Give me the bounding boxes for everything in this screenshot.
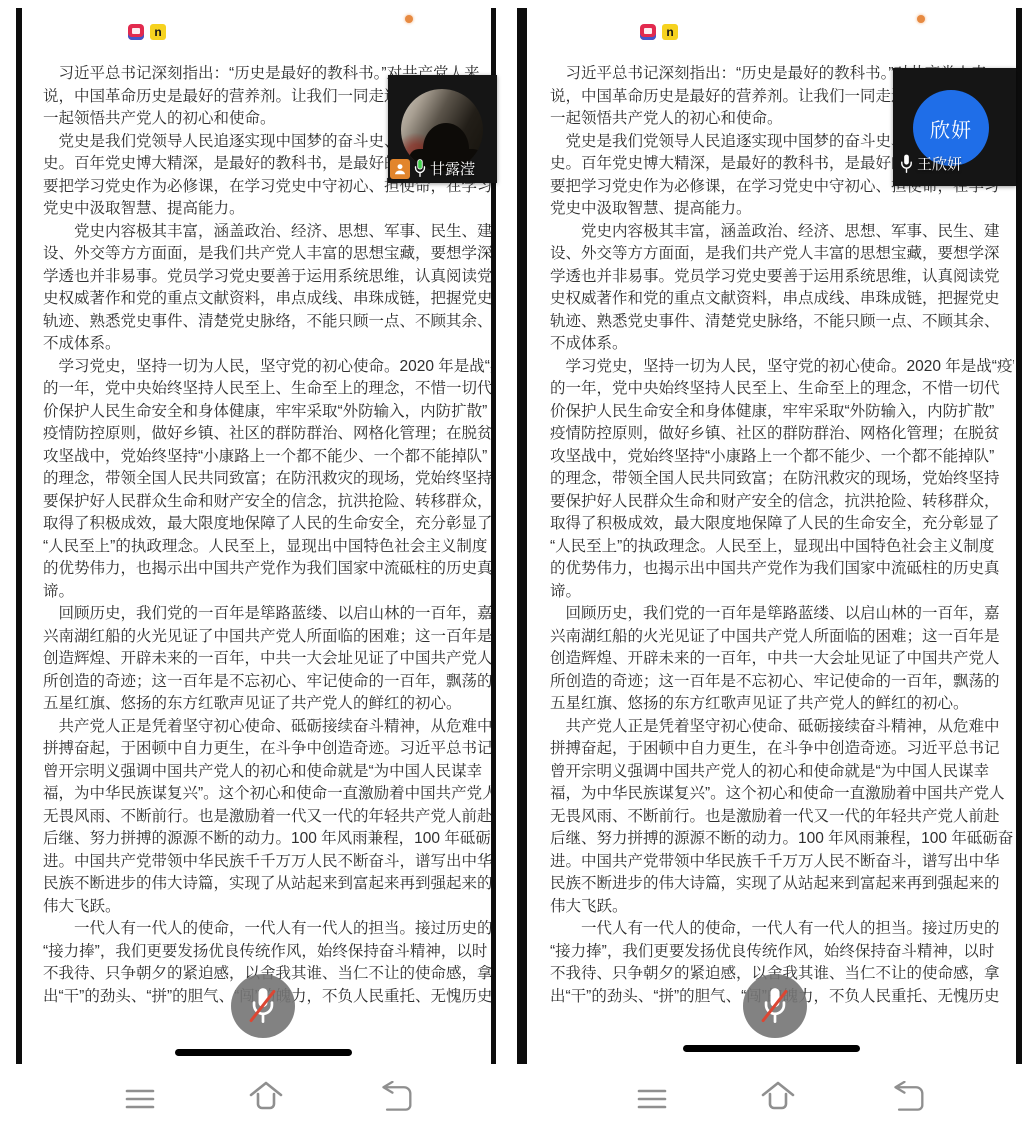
menu-icon [122,1086,158,1112]
document-line: 回顾历史，我们党的一百年是筚路蓝缕、以启山林的一百年，嘉 [550,603,1014,626]
nav-menu-button[interactable] [628,1078,676,1120]
document-line: 后继、努力拼搏的源源不断的动力。100 年风雨兼程，100 年砥砺奋 [43,828,491,851]
page-right-border [1016,8,1022,1064]
participant-name: 王欣妍 [917,153,962,174]
mic-on-icon [899,154,914,174]
nav-back-button[interactable] [884,1077,932,1119]
document-line: 民族不断进步的伟大诗篇，实现了从站起来到富起来再到强起来的 [550,873,1014,896]
nav-home-button[interactable] [242,1074,290,1116]
document-line: 史权威著作和党的重点文献资料，串点成线、串珠成链，把握党史 [43,288,491,311]
document-line: 要保护好人民群众生命和财产安全的信念，抗洪抢险、转移群众， [550,491,1014,514]
screenshot-collage: n 习近平总书记深刻指出：“历史是最好的教科书。”对共产党人来说，中国革命历史是… [0,0,1024,1127]
document-line: 创造辉煌、开辟未来的一百年，中共一大会址见证了中国共产党人 [550,648,1014,671]
document-line: 伟大飞跃。 [43,896,491,919]
document-line: 福，为中华民族谋复兴”。这个初心和使命一直激励着中国共产党人 [550,783,1014,806]
document-line: 共产党人正是凭着坚守初心使命、砥砺接续奋斗精神，从危难中 [550,716,1014,739]
home-icon [757,1078,799,1112]
document-line: 的一年，党中央始终坚持人民至上、生命至上的理念，不惜一切代 [550,378,1014,401]
phone-right: n 习近平总书记深刻指出：“历史是最好的教科书。”对共产党人来说，中国革命历史是… [512,0,1024,1127]
document-line: 伟大飞跃。 [550,896,1014,919]
document-line: 的一年，党中央始终坚持人民至上、生命至上的理念，不惜一切代 [43,378,491,401]
document-line: 学习党史，坚持一切为人民，坚守党的初心使命。2020 年是战“疫” [550,356,1014,379]
document-line: 民族不断进步的伟大诗篇，实现了从站起来到富起来再到强起来的 [43,873,491,896]
red-app-icon-inner [132,28,140,34]
yellow-app-icon: n [662,24,678,40]
document-line: 拼搏奋起，于困顿中自力更生，在斗争中创造奇迹。习近平总书记 [550,738,1014,761]
nav-menu-button[interactable] [116,1078,164,1120]
document-line: 取得了积极成效，最大限度地保障了人民的生命安全，充分彰显了 [550,513,1014,536]
document-line: 攻坚战中，党始终坚持“小康路上一个都不能少、一个都不能掉队” [43,446,491,469]
page-left-border [16,8,22,1064]
participant-tile[interactable]: 甘露滢 [388,75,497,183]
document-line: 史权威著作和党的重点文献资料，串点成线、串珠成链，把握党史 [550,288,1014,311]
document-line: 不成体系。 [43,333,491,356]
document-line: 所创造的奇迹；这一百年是不忘初心、牢记使命的一百年，飘荡的 [550,671,1014,694]
document-line: 曾开宗明义强调中国共产党人的初心和使命就是“为中国人民谋幸 [43,761,491,784]
menu-icon [634,1086,670,1112]
document-line: “人民至上”的执政理念。人民至上，显现出中国特色社会主义制度 [550,536,1014,559]
red-app-icon-inner [644,28,652,34]
document-line: “接力捧”，我们更要发扬优良传统作风，始终保持奋斗精神，以时 [550,941,1014,964]
back-icon [375,1081,417,1115]
document-line: 无畏风雨、不断前行。也是激励着一代又一代的年轻共产党人前赴 [550,806,1014,829]
recording-dot [917,15,925,23]
document-line: 曾开宗明义强调中国共产党人的初心和使命就是“为中国人民谋幸 [550,761,1014,784]
document-line: 五星红旗、悠扬的东方红歌声见证了共产党人的鲜红的初心。 [550,693,1014,716]
document-line: 兴南湖红船的火光见证了中国共产党人所面临的困难；这一百年是 [550,626,1014,649]
document-line: 五星红旗、悠扬的东方红歌声见证了共产党人的鲜红的初心。 [43,693,491,716]
document-line: 价保护人民生命安全和身体健康，牢牢采取“外防输入，内防扩散” [43,401,491,424]
document-line: 一代人有一代人的使命，一代人有一代人的担当。接过历史的 [43,918,491,941]
document-line: 无畏风雨、不断前行。也是激励着一代又一代的年轻共产党人前赴 [43,806,491,829]
home-indicator[interactable] [175,1049,352,1056]
document-line: 的理念，带领全国人民共同致富；在防汛救灾的现场，党始终坚持 [43,468,491,491]
document-line: 谛。 [43,581,491,604]
document-line: 创造辉煌、开辟未来的一百年，中共一大会址见证了中国共产党人 [43,648,491,671]
document-line: 疫情防控原则，做好乡镇、社区的群防群治、网格化管理；在脱贫 [43,423,491,446]
home-icon [245,1078,287,1112]
document-line: 回顾历史，我们党的一百年是筚路蓝缕、以启山林的一百年，嘉 [43,603,491,626]
document-line: 的优势伟力，也揭示出中国共产党作为我们国家中流砥柱的历史真 [550,558,1014,581]
document-line: 轨迹、熟悉党史事件、清楚党史脉络，不能只顾一点、不顾其余、 [43,311,491,334]
document-line: 学习党史，坚持一切为人民，坚守党的初心使命。2020 年是战“疫” [43,356,491,379]
document-line: 疫情防控原则，做好乡镇、社区的群防群治、网格化管理；在脱贫 [550,423,1014,446]
page-left-border [517,8,527,1064]
document-line: 的理念，带领全国人民共同致富；在防汛救灾的现场，党始终坚持 [550,468,1014,491]
document-line: 设、外交等方方面面，是我们共产党人丰富的思想宝藏，要想学深 [43,243,491,266]
document-app-icons: n [128,24,166,40]
document-text[interactable]: 习近平总书记深刻指出：“历史是最好的教科书。”对共产党人来说，中国革命历史是最好… [550,63,1014,1008]
document-line: 的优势伟力，也揭示出中国共产党作为我们国家中流砥柱的历史真 [43,558,491,581]
document-line: 不成体系。 [550,333,1014,356]
document-line: 进。中国共产党带领中华民族千千万万人民不断奋斗，谱写出中华 [550,851,1014,874]
document-line: 价保护人民生命安全和身体健康，牢牢采取“外防输入，内防扩散” [550,401,1014,424]
mute-microphone-button[interactable] [231,974,295,1038]
document-line: 谛。 [550,581,1014,604]
participant-tile[interactable]: 欣妍 王欣妍 [893,68,1016,186]
yellow-app-icon: n [150,24,166,40]
red-app-icon [640,24,656,40]
document-text[interactable]: 习近平总书记深刻指出：“历史是最好的教科书。”对共产党人来说，中国革命历史是最好… [43,63,491,1008]
document-line: 共产党人正是凭着坚守初心使命、砥砺接续奋斗精神，从危难中 [43,716,491,739]
document-app-icons: n [640,24,678,40]
document-line: 学透也并非易事。党员学习党史要善于运用系统思维，认真阅读党 [43,266,491,289]
document-line: “人民至上”的执政理念。人民至上，显现出中国特色社会主义制度 [43,536,491,559]
document-line: 进。中国共产党带领中华民族千千万万人民不断奋斗，谱写出中华 [43,851,491,874]
document-line: 拼搏奋起，于困顿中自力更生，在斗争中创造奇迹。习近平总书记 [43,738,491,761]
document-line: 要保护好人民群众生命和财产安全的信念，抗洪抢险、转移群众， [43,491,491,514]
document-line: 党史中汲取智慧、提高能力。 [550,198,1014,221]
nav-home-button[interactable] [754,1074,802,1116]
document-line: 所创造的奇迹；这一百年是不忘初心、牢记使命的一百年，飘荡的 [43,671,491,694]
presenter-badge-icon [390,159,410,179]
document-line: 学透也并非易事。党员学习党史要善于运用系统思维，认真阅读党 [550,266,1014,289]
document-line: 党史内容极其丰富，涵盖政治、经济、思想、军事、民生、建 [43,221,491,244]
participant-name: 甘露滢 [430,158,475,179]
document-line: 福，为中华民族谋复兴”。这个初心和使命一直激励着中国共产党人 [43,783,491,806]
document-line: “接力捧”，我们更要发扬优良传统作风，始终保持奋斗精神，以时 [43,941,491,964]
participant-info-row: 王欣妍 [899,153,962,174]
document-line: 轨迹、熟悉党史事件、清楚党史脉络，不能只顾一点、不顾其余、 [550,311,1014,334]
participant-info-row: 甘露滢 [390,158,475,179]
document-line: 党史中汲取智慧、提高能力。 [43,198,491,221]
document-line: 取得了积极成效，最大限度地保障了人民的生命安全，充分彰显了 [43,513,491,536]
nav-back-button[interactable] [372,1077,420,1119]
document-line: 后继、努力拼搏的源源不断的动力。100 年风雨兼程，100 年砥砺奋 [550,828,1014,851]
mic-on-icon [413,159,427,178]
document-line: 党史内容极其丰富，涵盖政治、经济、思想、军事、民生、建 [550,221,1014,244]
document-line: 兴南湖红船的火光见证了中国共产党人所面临的困难；这一百年是 [43,626,491,649]
document-line: 攻坚战中，党始终坚持“小康路上一个都不能少、一个都不能掉队” [550,446,1014,469]
document-line: 一代人有一代人的使命，一代人有一代人的担当。接过历史的 [550,918,1014,941]
mute-microphone-button[interactable] [743,974,807,1038]
home-indicator[interactable] [683,1045,860,1052]
document-line: 设、外交等方方面面，是我们共产党人丰富的思想宝藏，要想学深 [550,243,1014,266]
red-app-icon [128,24,144,40]
phone-left: n 习近平总书记深刻指出：“历史是最好的教科书。”对共产党人来说，中国革命历史是… [0,0,512,1127]
recording-dot [405,15,413,23]
back-icon [887,1081,929,1115]
